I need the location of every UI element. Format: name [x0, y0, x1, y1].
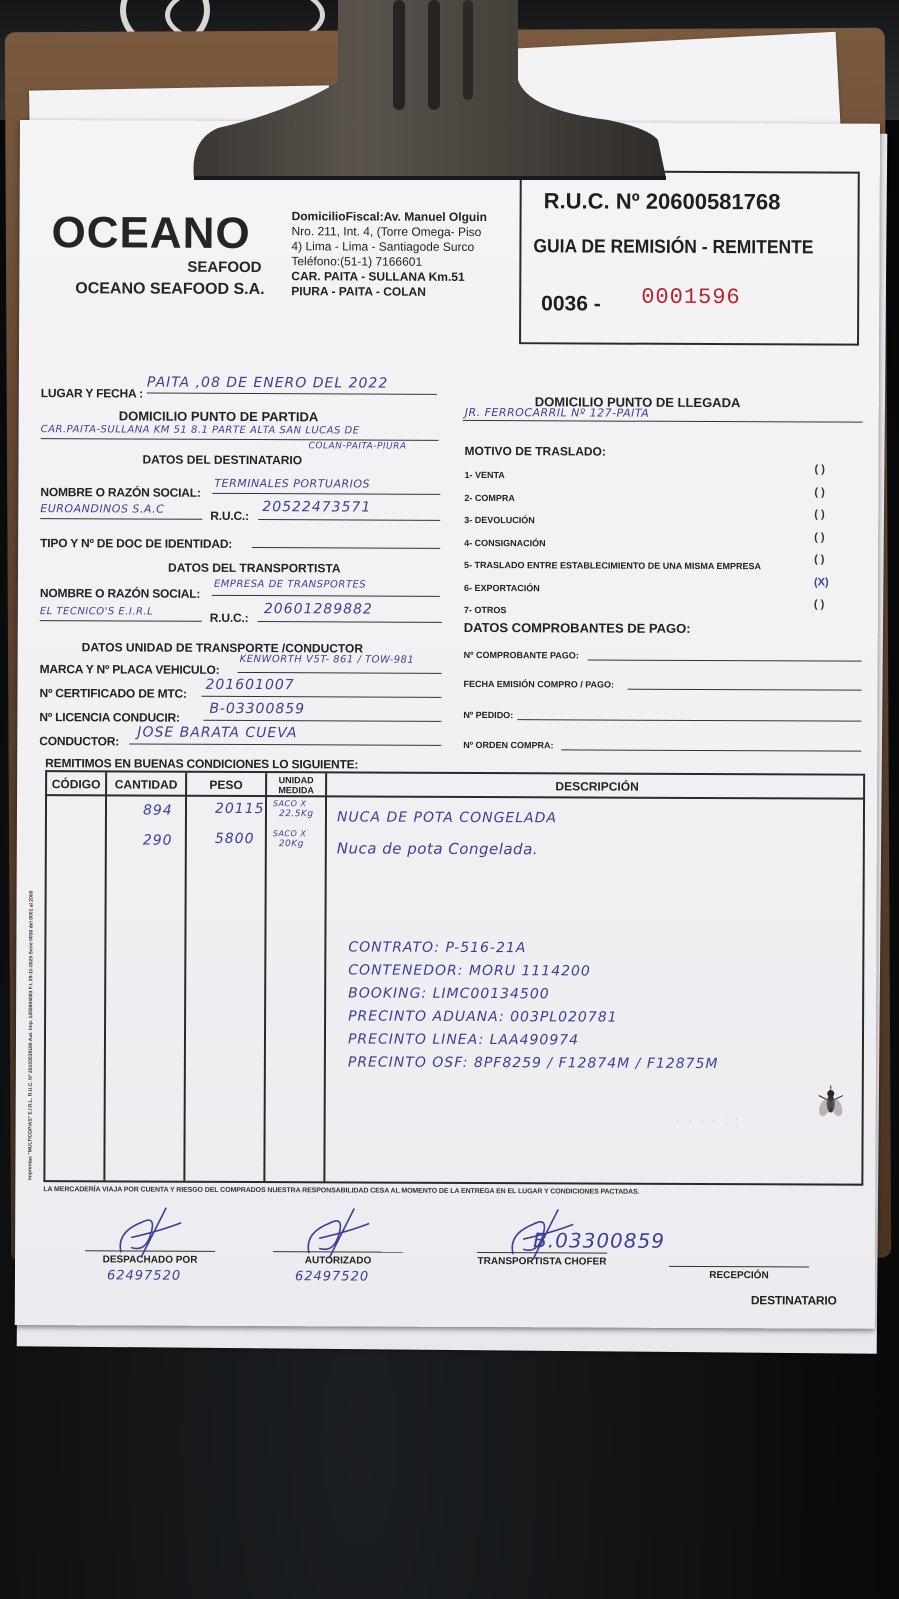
comprobante-field-line	[588, 659, 862, 661]
signature-handwritten-number: 62497520	[107, 1268, 181, 1283]
destinatario-nombre-value: TERMINALES PORTUARIOS	[214, 477, 370, 491]
motivo-title: MOTIVO DE TRASLADO:	[465, 444, 606, 459]
motivo-option-label: 1- VENTA	[464, 470, 504, 480]
partida-value: CAR.PAITA-SULLANA KM 51 8.1 PARTE ALTA S…	[41, 424, 360, 436]
motivo-checkbox[interactable]: ( )	[814, 598, 824, 610]
comprobante-field-line	[628, 689, 862, 691]
signature-line	[669, 1266, 809, 1268]
company-address: DomicilioFiscal:Av. Manuel Olguin Nro. 2…	[291, 209, 487, 300]
destinatario-title: DATOS DEL DESTINATARIO	[142, 453, 302, 468]
item-unidad: 20Kg	[279, 839, 304, 849]
document-number: 0001596	[641, 285, 741, 310]
comprobante-field-line	[517, 719, 861, 722]
address-line: DomicilioFiscal:Av. Manuel Olguin	[292, 209, 487, 224]
item-note: PRECINTO OSF: 8PF8259 / F12874M / F12875…	[348, 1054, 719, 1072]
comprobante-field-label: Nº COMPROBANTE PAGO:	[464, 650, 579, 661]
destinatario-ruc-value: 20522473571	[262, 499, 371, 515]
comprobante-field-label: Nº PEDIDO:	[463, 710, 513, 720]
col-cantidad: CANTIDAD	[107, 772, 185, 796]
col-descripcion: DESCRIPCIÓN	[327, 773, 867, 799]
item-unidad: 22.5Kg	[279, 809, 314, 819]
motivo-checkbox[interactable]: ( )	[814, 486, 824, 498]
mtc-label: Nº CERTIFICADO DE MTC:	[39, 686, 186, 701]
placa-label: MARCA Y Nº PLACA VEHICULO:	[40, 662, 220, 677]
document-serie: 0036 -	[541, 292, 601, 316]
lugar-fecha-label: LUGAR Y FECHA :	[41, 386, 143, 400]
destinatario-nombre-label: NOMBRE O RAZÓN SOCIAL:	[40, 485, 200, 500]
signature-scribble	[299, 1203, 379, 1263]
transportista-ruc-label: R.U.C.:	[210, 611, 249, 625]
destinatario-ruc-label: R.U.C.:	[210, 509, 249, 523]
doc-identidad-label: TIPO Y Nº DE DOC DE IDENTIDAD:	[40, 536, 232, 551]
transportista-ruc-value: 20601289882	[264, 601, 373, 617]
transportista-nombre-value-2: EL TECNICO'S E.I.R.L	[40, 606, 153, 617]
item-peso: 20115	[215, 801, 265, 817]
partida-title: DOMICILIO PUNTO DE PARTIDA	[119, 408, 319, 424]
comprobante-field-label: Nº ORDEN COMPRA:	[463, 740, 553, 750]
comprobantes-title: DATOS COMPROBANTES DE PAGO:	[464, 620, 691, 636]
document-id-box: R.U.C. Nº 20600581768 GUIA DE REMISIÓN -…	[519, 170, 860, 345]
lugar-fecha-value: PAITA ,08 DE ENERO DEL 2022	[147, 375, 388, 392]
item-unidad: SACO X	[273, 829, 307, 838]
ruc-number: R.U.C. Nº 20600581768	[544, 188, 781, 215]
address-line: 4) Lima - Lima - Santiagode Surco	[291, 239, 486, 255]
col-codigo: CÓDIGO	[47, 772, 105, 796]
address-line: Nro. 211, Int. 4, (Torre Omega- Piso	[291, 224, 486, 240]
item-peso: 5800	[215, 831, 255, 847]
item-note: BOOKING: LIMC00134500	[348, 985, 550, 1002]
motivo-option-label: 7- OTROS	[464, 605, 507, 615]
guia-remision-sheet: OCEANO SEAFOOD OCEANO SEAFOOD S.A. Domic…	[15, 120, 880, 1329]
motivo-option-label: 5- TRASLADO ENTRE ESTABLECIMIENTO DE UNA…	[464, 560, 761, 571]
signature-handwritten-number: 62497520	[295, 1269, 369, 1284]
item-cantidad: 290	[143, 833, 173, 849]
mtc-value: 201601007	[206, 677, 295, 693]
motivo-option-label: 4- CONSIGNACIÓN	[464, 537, 546, 547]
company-brand: OCEANO	[51, 208, 250, 259]
destinatario-copy-label: DESTINATARIO	[751, 1293, 837, 1307]
disclaimer: LA MERCADERÍA VIAJA POR CUENTA Y RIESGO …	[43, 1186, 639, 1196]
licencia-label: Nº LICENCIA CONDUCIR:	[39, 710, 179, 725]
partida-value-2: COLAN-PAITA-PIURA	[309, 441, 407, 451]
item-note: PRECINTO LINEA: LAA490974	[348, 1031, 579, 1048]
placa-value: KENWORTH V5T- 861 / TOW-981	[240, 654, 415, 666]
item-descripcion: Nuca de pota Congelada.	[337, 839, 538, 858]
item-descripcion: NUCA DE POTA CONGELADA	[337, 809, 557, 826]
item-note: CONTENEDOR: MORU 1114200	[348, 962, 591, 979]
signature-scribble	[111, 1202, 191, 1262]
motivo-option-label: 2- COMPRA	[464, 492, 515, 502]
item-note: CONTRATO: P-516-21A	[348, 939, 526, 956]
clipboard-clip	[188, 0, 668, 182]
unidad-title: DATOS UNIDAD DE TRANSPORTE /CONDUCTOR	[82, 640, 363, 655]
destinatario-nombre-value-2: EUROANDINOS S.A.C	[40, 502, 164, 516]
signature-label: RECEPCIÓN	[669, 1270, 809, 1282]
motivo-option-label: 6- EXPORTACIÓN	[464, 582, 540, 592]
transportista-title: DATOS DEL TRANSPORTISTA	[168, 561, 341, 576]
items-heading: REMITIMOS EN BUENAS CONDICIONES LO SIGUI…	[45, 756, 358, 771]
transportista-nombre-label: NOMBRE O RAZÓN SOCIAL:	[40, 586, 200, 601]
motivo-checkbox[interactable]: ( )	[814, 553, 824, 565]
address-line: PIURA - PAITA - COLAN	[291, 284, 486, 300]
signature-scribble	[503, 1204, 583, 1264]
motivo-checkbox[interactable]: ( )	[814, 508, 824, 520]
motivo-checkbox-checked[interactable]: (X)	[814, 576, 829, 588]
address-line: CAR. PAITA - SULLANA Km.51	[291, 269, 486, 285]
motivo-checkbox[interactable]: ( )	[814, 531, 824, 543]
conductor-label: CONDUCTOR:	[39, 734, 119, 748]
llegada-value: JR. FERROCARRIL Nº 127-PAITA	[465, 406, 649, 420]
motivo-option-label: 3- DEVOLUCIÓN	[464, 515, 535, 525]
comprobante-field-label: FECHA EMISIÓN COMPRO / PAGO:	[464, 679, 615, 690]
company-brand-sub: SEAFOOD	[187, 259, 261, 276]
address-line: Teléfono:(51-1) 7166601	[291, 254, 486, 270]
col-peso: PESO	[187, 773, 265, 797]
items-table: CÓDIGO CANTIDAD PESO UNIDAD MEDIDA DESCR…	[43, 770, 865, 1186]
item-cantidad: 894	[143, 803, 173, 819]
faint-stamp: · · · · ː ː	[676, 1113, 741, 1128]
conductor-value: JOSE BARATA CUEVA	[137, 725, 297, 742]
item-note: PRECINTO ADUANA: 003PL020781	[348, 1008, 618, 1025]
transportista-nombre-value: EMPRESA DE TRANSPORTES	[214, 579, 366, 591]
licencia-value: B-03300859	[209, 701, 305, 717]
motivo-checkbox[interactable]: ( )	[814, 463, 824, 475]
printer-note: Imprentas "MULTICOPIAS" E.I.R.L. R.U.C. …	[27, 891, 34, 1181]
fly-icon	[816, 1085, 846, 1119]
comprobante-field-line	[561, 749, 861, 751]
item-unidad: SACO X	[273, 799, 307, 808]
document-title: GUIA DE REMISIÓN - REMITENTE	[533, 236, 813, 259]
col-unidad-medida: UNIDAD MEDIDA	[267, 773, 325, 797]
company-legal-name: OCEANO SEAFOOD S.A.	[75, 280, 264, 299]
